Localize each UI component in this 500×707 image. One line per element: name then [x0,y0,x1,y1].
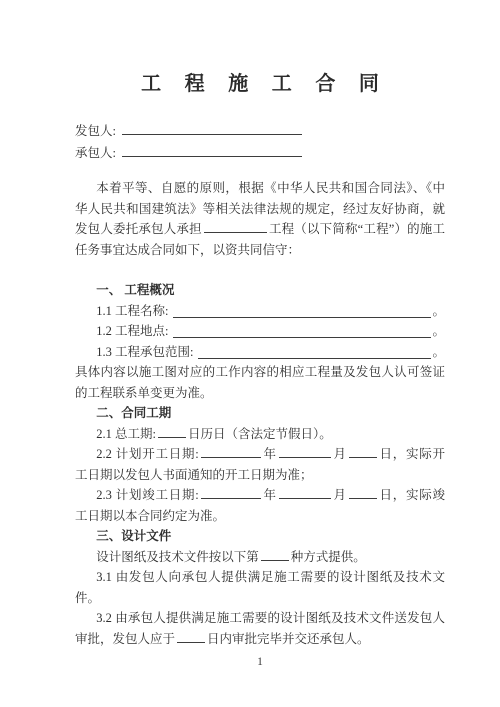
contract-document-page: 工 程 施 工 合 同 发包人: 承包人: 本着平等、自愿的原则，根据《中华人民… [0,0,500,707]
preamble-paragraph: 本着平等、自愿的原则，根据《中华人民共和国合同法》、《中华人民共和国建筑法》等相… [75,178,445,260]
document-title: 工 程 施 工 合 同 [75,70,445,98]
item-2-2-year-char: 年 [263,447,277,461]
item-3-2-paragraph: 3.2 由承包人提供满足施工需要的设计图纸及技术文件送发包人审批，发包人应于日内… [75,608,445,649]
party-a-row: 发包人: [75,120,445,142]
section-3-heading: 三、设计文件 [75,526,445,547]
item-1-2-label: 1.2 工程地点: [96,321,168,342]
item-3-1-paragraph: 3.1 由发包人向承包人提供满足施工需要的设计图纸及技术文件。 [75,567,445,608]
item-2-3-paragraph: 2.3 计划竣工日期:年月日，实际竣工日期以本合同约定为准。 [75,485,445,526]
item-2-1-text-after: 日历日（含法定节假日）。 [188,427,332,441]
document-content: 工 程 施 工 合 同 发包人: 承包人: 本着平等、自愿的原则，根据《中华人民… [75,70,445,672]
item-1-1-row: 1.1 工程名称: 。 [75,301,445,322]
finish-year-blank-line [201,485,261,499]
party-b-blank-line [122,142,302,157]
party-a-blank-line [122,120,302,135]
section-3-intro-after: 种方式提供。 [291,550,366,564]
finish-month-blank-line [279,485,331,499]
party-block: 发包人: 承包人: [75,120,445,164]
item-1-1-label: 1.1 工程名称: [96,301,168,322]
project-name-blank-line [204,219,267,233]
section-1-note: 具体内容以施工图对应的工作内容的相应工程量及发包人认可签证的工程联系单变更为准。 [75,362,445,403]
approval-days-blank-line [177,629,205,643]
item-1-3-row: 1.3 工程承包范围: 。 [75,342,445,363]
item-1-3-period: 。 [432,342,445,363]
party-a-label: 发包人: [75,124,116,138]
party-b-label: 承包人: [75,146,116,160]
method-number-blank-line [261,547,289,561]
item-1-2-row: 1.2 工程地点: 。 [75,321,445,342]
item-2-3-label: 2.3 计划竣工日期: [96,488,198,502]
item-2-3-year-char: 年 [263,488,277,502]
section-3-intro-before: 设计图纸及技术文件按以下第 [96,550,259,564]
item-1-3-label: 1.3 工程承包范围: [96,342,193,363]
item-2-1-paragraph: 2.1 总工期:日历日（含法定节假日）。 [75,424,445,445]
section-1-heading: 一、 工程概况 [75,280,445,301]
item-2-3-month-char: 月 [333,488,347,502]
item-1-1-period: 。 [432,301,445,322]
item-1-2-blank-line [173,321,431,338]
item-2-2-month-char: 月 [333,447,347,461]
item-1-2-period: 。 [432,321,445,342]
start-year-blank-line [201,444,261,458]
item-2-1-label: 2.1 总工期: [96,427,156,441]
item-1-1-blank-line [173,301,431,318]
page-number: 1 [75,652,445,672]
party-b-row: 承包人: [75,142,445,164]
item-2-2-paragraph: 2.2 计划开工日期:年月日，实际开工日期以发包人书面通知的开工日期为准； [75,444,445,485]
section-3-intro: 设计图纸及技术文件按以下第种方式提供。 [75,547,445,568]
item-2-2-label: 2.2 计划开工日期: [96,447,198,461]
item-1-3-blank-line [198,342,431,359]
section-2-heading: 二、合同工期 [75,403,445,424]
start-day-blank-line [349,444,377,458]
item-3-2-text-after: 日内审批完毕并交还承包人。 [207,632,370,646]
total-duration-blank-line [158,424,186,438]
start-month-blank-line [279,444,331,458]
finish-day-blank-line [349,485,377,499]
